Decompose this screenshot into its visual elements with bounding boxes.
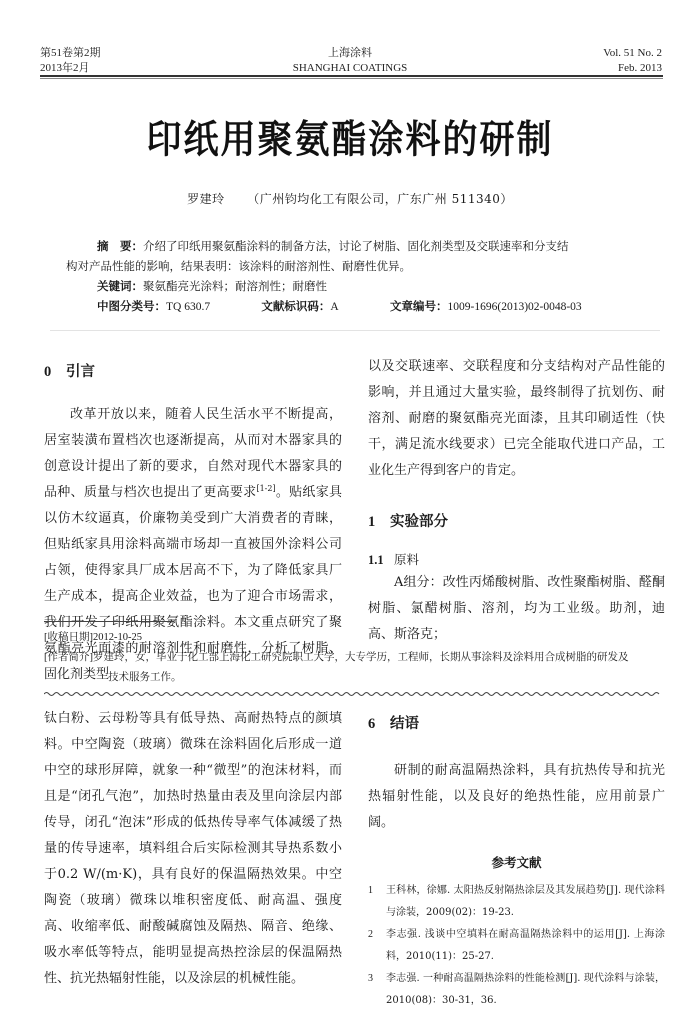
footnote-bio: [作者简介]罗建玲，女，毕业于化工部上海化工研究院职工大学，大专学历，工程师，长…	[44, 648, 664, 668]
received-date: 2012-10-25	[93, 628, 142, 648]
reference-item: 1 王科林，徐娜. 太阳热反射隔热涂层及其发展趋势[J]. 现代涂料与涂装，20…	[368, 880, 665, 924]
subsection-number: 1.1	[368, 550, 394, 570]
reference-text: 李志强. 浅谈中空填料在耐高温隔热涂料中的运用[J]. 上海涂料，2010(11…	[386, 924, 665, 968]
footnotes: [收稿日期]2012-10-25 [作者简介]罗建玲，女，毕业于化工部上海化工研…	[44, 628, 664, 688]
fillers-paragraph: 钛白粉、云母粉等具有低导热、高耐热特点的颜填料。中空陶瓷（玻璃）微珠在涂料固化后…	[44, 706, 342, 992]
header-rule	[40, 75, 663, 77]
reference-number: 1	[368, 880, 386, 924]
section-number: 6	[368, 714, 390, 734]
section-heading-experimental: 1实验部分	[368, 512, 665, 532]
intro-paragraph-continued: 以及交联速率、交联程度和分支结构对产品性能的影响，并且通过大量实验，最终制得了抗…	[368, 354, 665, 484]
classification-row: 中图分类号：TQ 630.7 文献标识码：A 文章编号：1009-1696(20…	[66, 296, 646, 317]
abstract-divider	[50, 330, 660, 331]
article-no-label: 文章编号：	[390, 299, 448, 313]
subsection-title: 原料	[394, 552, 419, 567]
abstract-label: 摘 要：	[97, 239, 143, 253]
doc-code-value: A	[330, 301, 338, 313]
journal-name-cn: 上海涂料	[0, 46, 700, 61]
running-header-right: Vol. 51 No. 2 Feb. 2013	[603, 46, 662, 76]
subsection-heading-materials: 1.1原料	[368, 550, 665, 570]
keywords-row: 关键词：聚氨酯亮光涂料；耐溶剂性；耐磨性	[66, 276, 646, 296]
bio-label: [作者简介]	[44, 648, 93, 668]
citation: [1-2]	[256, 484, 275, 493]
section-number: 1	[368, 512, 390, 532]
section-title: 结语	[390, 716, 419, 732]
footnote-received: [收稿日期]2012-10-25	[44, 628, 664, 648]
section-title: 引言	[66, 364, 95, 380]
article-title: 印纸用聚氨酯涂料的研制	[0, 110, 700, 165]
right-column-lower: 6结语 研制的耐高温隔热涂料，具有抗热传导和抗光热辐射性能，以及良好的绝热性能，…	[368, 714, 665, 1012]
section-heading-intro: 0引言	[44, 362, 342, 382]
author-affiliation: （广州钧均化工有限公司，广东广州 511340）	[247, 192, 513, 206]
clc-label: 中图分类号：	[97, 299, 166, 313]
abstract-line-2: 构对产品性能的影响，结果表明：该涂料的耐溶剂性、耐磨性优异。	[66, 256, 646, 276]
bio-text-1: 罗建玲，女，毕业于化工部上海化工研究院职工大学，大专学历，工程师，长期从事涂料及…	[93, 648, 629, 668]
abstract-block: 摘 要：介绍了印纸用聚氨酯涂料的制备方法，讨论了树脂、固化剂类型及交联速率和分支…	[66, 236, 646, 317]
abstract-line-1: 摘 要：介绍了印纸用聚氨酯涂料的制备方法，讨论了树脂、固化剂类型及交联速率和分支…	[66, 236, 646, 256]
reference-number: 2	[368, 924, 386, 968]
reference-item: 3 李志强. 一种耐高温隔热涂料的性能检测[J]. 现代涂料与涂装，2010(0…	[368, 968, 665, 1012]
doc-code-label: 文献标识码：	[261, 299, 330, 313]
header-rule-thin	[40, 78, 663, 79]
running-header-center: 上海涂料 SHANGHAI COATINGS	[0, 46, 700, 76]
references-list: 1 王科林，徐娜. 太阳热反射隔热涂层及其发展趋势[J]. 现代涂料与涂装，20…	[368, 880, 665, 1012]
volume-en: Vol. 51 No. 2	[603, 46, 662, 61]
references-title: 参考文献	[368, 850, 665, 876]
author-line: 罗建玲 （广州钧均化工有限公司，广东广州 511340）	[0, 190, 700, 207]
keywords-value: 聚氨酯亮光涂料；耐溶剂性；耐磨性	[143, 279, 327, 293]
clc-value: TQ 630.7	[166, 301, 210, 313]
section-title: 实验部分	[390, 514, 448, 530]
reference-number: 3	[368, 968, 386, 1012]
section-heading-conclusion: 6结语	[368, 714, 665, 734]
bio-text-2: 技术服务工作。	[44, 668, 664, 688]
right-column-upper: 以及交联速率、交联程度和分支结构对产品性能的影响，并且通过大量实验，最终制得了抗…	[368, 354, 665, 648]
conclusion-paragraph: 研制的耐高温隔热涂料，具有抗热传导和抗光热辐射性能，以及良好的绝热性能，应用前景…	[368, 758, 665, 836]
left-column-lower: 钛白粉、云母粉等具有低导热、高耐热特点的颜填料。中空陶瓷（玻璃）微珠在涂料固化后…	[44, 706, 342, 992]
footnote-rule	[44, 621, 174, 622]
journal-name-en: SHANGHAI COATINGS	[0, 61, 700, 76]
reference-text: 王科林，徐娜. 太阳热反射隔热涂层及其发展趋势[J]. 现代涂料与涂装，2009…	[386, 880, 665, 924]
received-label: [收稿日期]	[44, 628, 93, 648]
reference-item: 2 李志强. 浅谈中空填料在耐高温隔热涂料中的运用[J]. 上海涂料，2010(…	[368, 924, 665, 968]
reference-text: 李志强. 一种耐高温隔热涂料的性能检测[J]. 现代涂料与涂装，2010(08)…	[386, 968, 665, 1012]
issue-date-en: Feb. 2013	[603, 61, 662, 76]
section-number: 0	[44, 362, 66, 382]
author-name: 罗建玲	[187, 192, 225, 206]
abstract-text-1: 介绍了印纸用聚氨酯涂料的制备方法，讨论了树脂、固化剂类型及交联速率和分支结	[143, 239, 569, 253]
keywords-label: 关键词：	[97, 279, 143, 293]
article-no-value: 1009-1696(2013)02-0048-03	[448, 301, 582, 313]
page-break-wavy-divider	[44, 690, 664, 698]
